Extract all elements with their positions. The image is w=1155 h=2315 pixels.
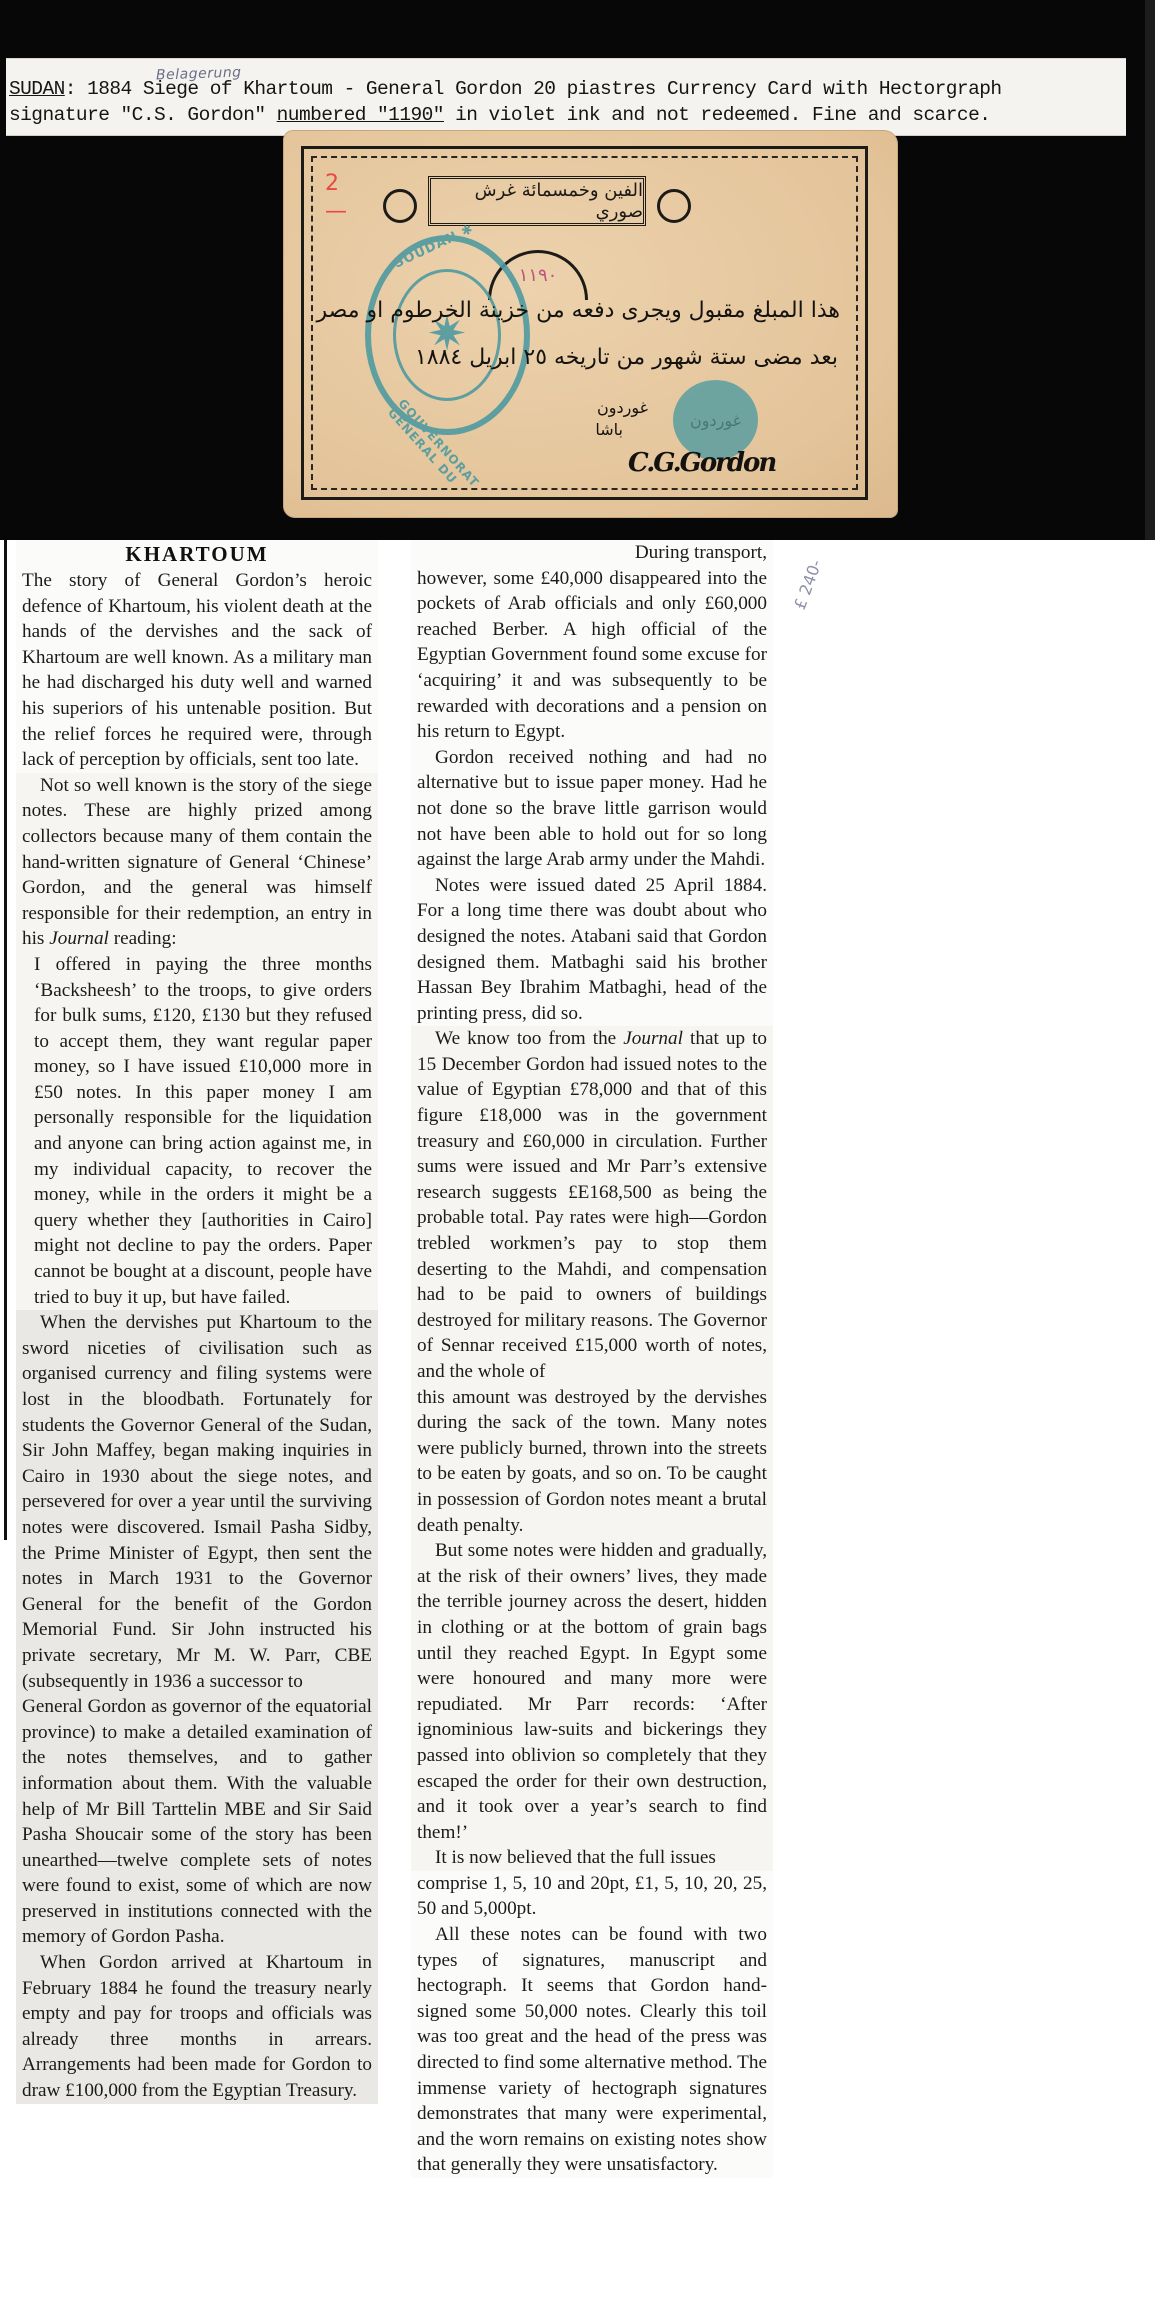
- article-clipping: KHARTOUM The story of General Gordon’s h…: [0, 540, 820, 2315]
- paragraph: comprise 1, 5, 10 and 20pt, £1, 5, 10, 2…: [417, 1871, 767, 1922]
- album-page: Belagerung SUDAN: 1884 Siege of Khartoum…: [0, 0, 1155, 540]
- paragraph: The story of General Gordon’s heroic def…: [22, 568, 372, 773]
- paragraph: this amount was destroyed by the dervish…: [417, 1385, 767, 1539]
- paragraph: Notes were issued dated 25 April 1884. F…: [417, 873, 767, 1027]
- governorate-stamp: SOUDAN ✱ ✷ GOUVERNORAT GENERAL DU: [365, 235, 530, 435]
- arabic-name-gordon: غوردون: [597, 398, 648, 417]
- description-line-2: signature "C.S. Gordon" numbered "1190" …: [9, 102, 1126, 128]
- article-left-column: KHARTOUM The story of General Gordon’s h…: [16, 540, 378, 2104]
- paragraph: All these notes can be found with two ty…: [417, 1922, 767, 2178]
- clipping-strip: During transport, however, some £40,000 …: [411, 540, 773, 1026]
- paragraph: It is now believed that the full issues: [417, 1845, 767, 1871]
- clipping-strip: When the dervishes put Khartoum to the s…: [16, 1310, 378, 1694]
- article-right-column: During transport, however, some £40,000 …: [411, 540, 773, 2178]
- paragraph: We know too from the Journal that up to …: [417, 1026, 767, 1384]
- clipping-strip: General Gordon as governor of the equato…: [16, 1694, 378, 2104]
- arabic-text-line-2: بعد مضى ستة شهور من تاريخه ٢٥ ابريل ١٨٨٤: [415, 345, 838, 370]
- pencil-annotation: Belagerung: [156, 60, 242, 89]
- column-rule: [4, 540, 7, 1540]
- country-label: SUDAN: [9, 78, 65, 100]
- clipping-strip: comprise 1, 5, 10 and 20pt, £1, 5, 10, 2…: [411, 1871, 773, 2178]
- paragraph-continuation: During transport,: [417, 540, 767, 566]
- clipping-strip: We know too from the Journal that up to …: [411, 1026, 773, 1384]
- gordon-signature: C.G.Gordon: [628, 448, 775, 478]
- paragraph: however, some £40,000 disappeared into t…: [417, 566, 767, 745]
- description-label: Belagerung SUDAN: 1884 Siege of Khartoum…: [6, 58, 1126, 136]
- clipping-strip: Not so well known is the story of the si…: [16, 773, 378, 1310]
- arabic-name-pasha: باشا: [595, 420, 623, 439]
- paragraph: General Gordon as governor of the equato…: [22, 1694, 372, 1950]
- red-pencil-mark: 2 —: [325, 170, 347, 226]
- paragraph: Not so well known is the story of the si…: [22, 773, 372, 952]
- arabic-text-line-1: هذا المبلغ مقبول ويجرى دفعه من خزينة الخ…: [316, 298, 840, 323]
- paragraph: But some notes were hidden and gradually…: [417, 1538, 767, 1845]
- journal-quote: I offered in paying the three months ‘Ba…: [22, 952, 372, 1310]
- clipping-strip: this amount was destroyed by the dervish…: [411, 1385, 773, 1871]
- card-value-cartouche: الفين وخمسمائة غرش صوري: [428, 176, 646, 226]
- paragraph: When Gordon arrived at Khartoum in Febru…: [22, 1950, 372, 2104]
- stamp-inner-ring: ✷: [393, 269, 501, 401]
- paragraph: Gordon received nothing and had no alter…: [417, 745, 767, 873]
- clipping-strip: KHARTOUM The story of General Gordon’s h…: [16, 540, 378, 773]
- article-title: KHARTOUM: [22, 540, 372, 568]
- paragraph: When the dervishes put Khartoum to the s…: [22, 1310, 372, 1694]
- quote-text: I offered in paying the three months ‘Ba…: [34, 952, 372, 1310]
- currency-card: 2 — الفين وخمسمائة غرش صوري ١١٩٠ SOUDAN …: [283, 130, 898, 518]
